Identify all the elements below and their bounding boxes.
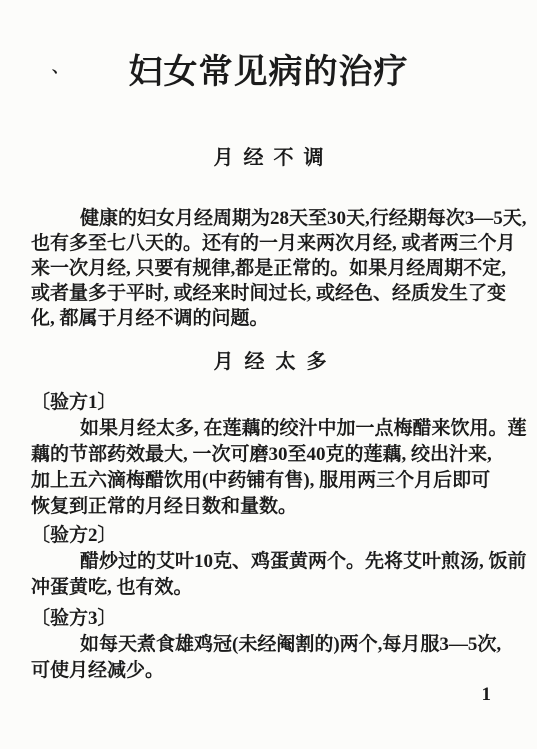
text-line: 如每天煮食雄鸡冠(未经阉割的)两个,每月服3—5次, [31,632,509,658]
recipe-label: 〔验方2〕 [31,523,509,549]
text-line: 或者量多于平时, 或经来时间过长, 或经色、经质发生了变 [31,281,509,306]
page-number: 1 [482,684,492,706]
text-line: 冲蛋黄吃, 也有效。 [31,575,509,601]
chapter-title: 月经不调 [0,146,537,170]
recipe-1: 〔验方1〕 如果月经太多, 在莲藕的绞汁中加一点梅醋来饮用。莲 藕的节部药效最大… [31,390,509,520]
recipe-2: 〔验方2〕 醋炒过的艾叶10克、鸡蛋黄两个。先将艾叶煎汤, 饭前 冲蛋黄吃, 也… [31,523,509,601]
text-line: 可使月经减少。 [31,658,509,684]
page-body: 健康的妇女月经周期为28天至30天,行经期每次3—5天, 也有多至七八天的。还有… [31,206,509,684]
recipe-label: 〔验方1〕 [31,390,509,416]
text-line: 醋炒过的艾叶10克、鸡蛋黄两个。先将艾叶煎汤, 饭前 [31,549,509,575]
section-title: 月经太多 [31,351,509,373]
text-line: 如果月经太多, 在莲藕的绞汁中加一点梅醋来饮用。莲 [31,416,509,442]
text-line: 化, 都属于月经不调的问题。 [31,306,509,331]
text-line: 来一次月经, 只要有规律,都是正常的。如果月经周期不定, [31,256,509,281]
recipe-3: 〔验方3〕 如每天煮食雄鸡冠(未经阉割的)两个,每月服3—5次, 可使月经减少。 [31,606,509,684]
page-title: 妇女常见病的治疗 [0,50,537,96]
scanned-book-page: 、 妇女常见病的治疗 月经不调 健康的妇女月经周期为28天至30天,行经期每次3… [0,0,537,749]
text-line: 藕的节部药效最大, 一次可磨30至40克的莲藕, 绞出汁来, [31,442,509,468]
text-line: 恢复到正常的月经日数和量数。 [31,494,509,520]
intro-paragraph: 健康的妇女月经周期为28天至30天,行经期每次3—5天, 也有多至七八天的。还有… [31,206,509,331]
text-line: 健康的妇女月经周期为28天至30天,行经期每次3—5天, [31,206,509,231]
text-line: 也有多至七八天的。还有的一月来两次月经, 或者两三个月 [31,231,509,256]
text-line: 加上五六滴梅醋饮用(中药铺有售), 服用两三个月后即可 [31,468,509,494]
recipe-label: 〔验方3〕 [31,606,509,632]
